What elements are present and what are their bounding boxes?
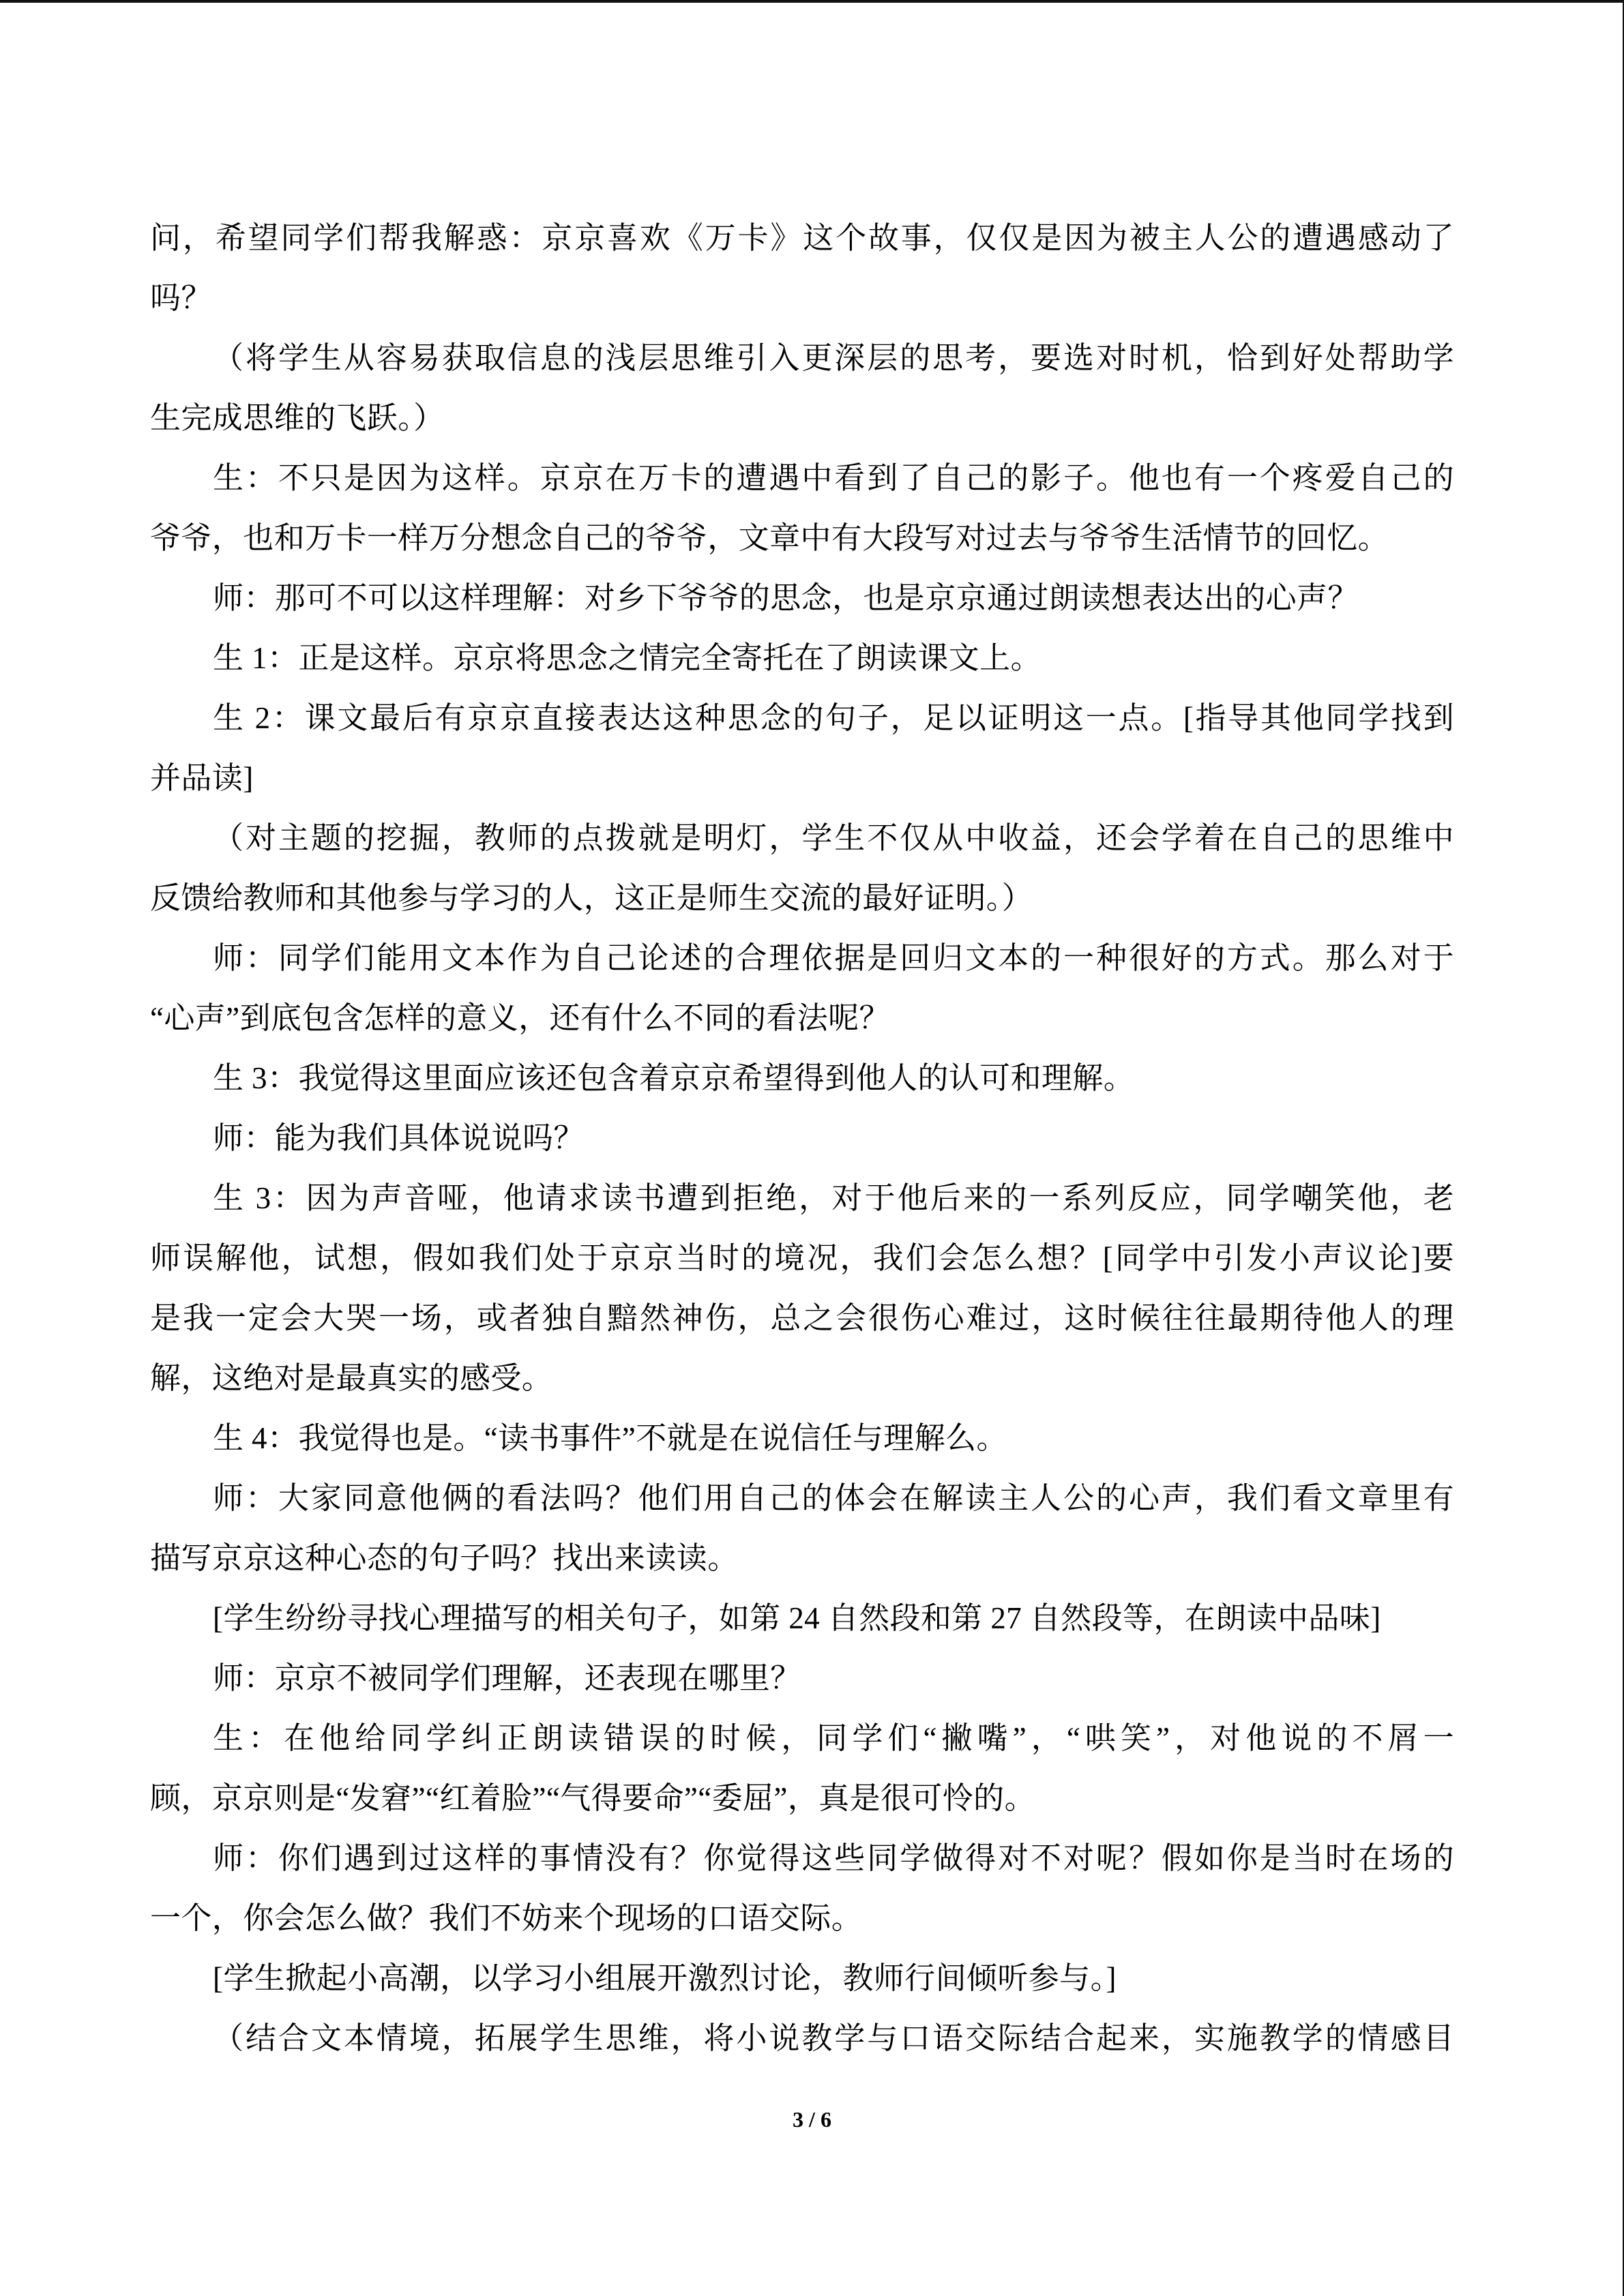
text-line: 生 4：我觉得也是。“读书事件”不就是在说信任与理解么。 xyxy=(150,1408,1454,1468)
text-line: （对主题的挖掘，教师的点拨就是明灯，学生不仅从中收益，还会学着在自己的思维中 xyxy=(150,808,1454,868)
text-line: 师：你们遇到过这样的事情没有？你觉得这些同学做得对不对呢？假如你是当时在场的 xyxy=(150,1828,1454,1888)
text-line: 师：那可不可以这样理解：对乡下爷爷的思念，也是京京通过朗读想表达出的心声？ xyxy=(150,568,1454,628)
text-line: 生：在他给同学纠正朗读错误的时候，同学们“撇嘴”，“哄笑”，对他说的不屑一 xyxy=(150,1708,1454,1768)
paragraph: 师：大家同意他俩的看法吗？他们用自己的体会在解读主人公的心声，我们看文章里有描写… xyxy=(150,1468,1454,1588)
text-line: 一个，你会怎么做？我们不妨来个现场的口语交际。 xyxy=(150,1888,1454,1948)
document-page: 问，希望同学们帮我解惑：京京喜欢《万卡》这个故事，仅仅是因为被主人公的遭遇感动了… xyxy=(0,0,1624,2296)
paragraph: 生 1：正是这样。京京将思念之情完全寄托在了朗读课文上。 xyxy=(150,628,1454,688)
text-line: [学生掀起小高潮，以学习小组展开激烈讨论，教师行间倾听参与。] xyxy=(150,1948,1454,2008)
text-line: 问，希望同学们帮我解惑：京京喜欢《万卡》这个故事，仅仅是因为被主人公的遭遇感动了 xyxy=(150,208,1454,268)
text-line: 师：同学们能用文本作为自己论述的合理依据是回归文本的一种很好的方式。那么对于 xyxy=(150,928,1454,988)
text-line: 生 3：我觉得这里面应该还包含着京京希望得到他人的认可和理解。 xyxy=(150,1048,1454,1108)
text-line: 生：不只是因为这样。京京在万卡的遭遇中看到了自己的影子。他也有一个疼爱自己的 xyxy=(150,448,1454,508)
paragraph: 生 4：我觉得也是。“读书事件”不就是在说信任与理解么。 xyxy=(150,1408,1454,1468)
text-line: 师：大家同意他俩的看法吗？他们用自己的体会在解读主人公的心声，我们看文章里有 xyxy=(150,1468,1454,1528)
text-line: 并品读] xyxy=(150,748,1454,808)
text-line: 师：京京不被同学们理解，还表现在哪里？ xyxy=(150,1648,1454,1708)
paragraph: （结合文本情境，拓展学生思维，将小说教学与口语交际结合起来，实施教学的情感目 xyxy=(150,2008,1454,2068)
text-line: （将学生从容易获取信息的浅层思维引入更深层的思考，要选对时机，恰到好处帮助学 xyxy=(150,328,1454,388)
paragraph: 生 3：因为声音哑，他请求读书遭到拒绝，对于他后来的一系列反应，同学嘲笑他，老师… xyxy=(150,1168,1454,1408)
paragraph: 生 3：我觉得这里面应该还包含着京京希望得到他人的认可和理解。 xyxy=(150,1048,1454,1108)
paragraph: 生：不只是因为这样。京京在万卡的遭遇中看到了自己的影子。他也有一个疼爱自己的爷爷… xyxy=(150,448,1454,568)
text-line: 顾，京京则是“发窘”“红着脸”“气得要命”“委屈”，真是很可怜的。 xyxy=(150,1768,1454,1828)
text-line: （结合文本情境，拓展学生思维，将小说教学与口语交际结合起来，实施教学的情感目 xyxy=(150,2008,1454,2068)
text-line: 爷爷，也和万卡一样万分想念自己的爷爷，文章中有大段写对过去与爷爷生活情节的回忆。 xyxy=(150,508,1454,568)
paragraph: 师：能为我们具体说说吗？ xyxy=(150,1108,1454,1168)
paragraph: 师：那可不可以这样理解：对乡下爷爷的思念，也是京京通过朗读想表达出的心声？ xyxy=(150,568,1454,628)
paragraph: （对主题的挖掘，教师的点拨就是明灯，学生不仅从中收益，还会学着在自己的思维中反馈… xyxy=(150,808,1454,928)
text-line: 生完成思维的飞跃。） xyxy=(150,388,1454,448)
text-line: 吗？ xyxy=(150,268,1454,328)
text-line: 生 1：正是这样。京京将思念之情完全寄托在了朗读课文上。 xyxy=(150,628,1454,688)
paragraph: 师：同学们能用文本作为自己论述的合理依据是回归文本的一种很好的方式。那么对于“心… xyxy=(150,928,1454,1048)
text-line: 师：能为我们具体说说吗？ xyxy=(150,1108,1454,1168)
paragraph: 师：你们遇到过这样的事情没有？你觉得这些同学做得对不对呢？假如你是当时在场的一个… xyxy=(150,1828,1454,1948)
paragraph: 师：京京不被同学们理解，还表现在哪里？ xyxy=(150,1648,1454,1708)
text-line: 是我一定会大哭一场，或者独自黯然神伤，总之会很伤心难过，这时候往往最期待他人的理 xyxy=(150,1288,1454,1348)
text-line: 师误解他，试想，假如我们处于京京当时的境况，我们会怎么想？[同学中引发小声议论]… xyxy=(150,1228,1454,1288)
text-line: 生 3：因为声音哑，他请求读书遭到拒绝，对于他后来的一系列反应，同学嘲笑他，老 xyxy=(150,1168,1454,1228)
document-body: 问，希望同学们帮我解惑：京京喜欢《万卡》这个故事，仅仅是因为被主人公的遭遇感动了… xyxy=(150,208,1454,2068)
paragraph: 生 2：课文最后有京京直接表达这种思念的句子，足以证明这一点。[指导其他同学找到… xyxy=(150,688,1454,808)
paragraph: [学生掀起小高潮，以学习小组展开激烈讨论，教师行间倾听参与。] xyxy=(150,1948,1454,2008)
paragraph: [学生纷纷寻找心理描写的相关句子，如第 24 自然段和第 27 自然段等，在朗读… xyxy=(150,1588,1454,1648)
text-line: [学生纷纷寻找心理描写的相关句子，如第 24 自然段和第 27 自然段等，在朗读… xyxy=(150,1588,1454,1648)
page-number: 3 / 6 xyxy=(0,2104,1624,2134)
text-line: 描写京京这种心态的句子吗？找出来读读。 xyxy=(150,1528,1454,1588)
text-line: 生 2：课文最后有京京直接表达这种思念的句子，足以证明这一点。[指导其他同学找到 xyxy=(150,688,1454,748)
paragraph: （将学生从容易获取信息的浅层思维引入更深层的思考，要选对时机，恰到好处帮助学生完… xyxy=(150,328,1454,448)
paragraph: 问，希望同学们帮我解惑：京京喜欢《万卡》这个故事，仅仅是因为被主人公的遭遇感动了… xyxy=(150,208,1454,328)
text-line: 解，这绝对是最真实的感受。 xyxy=(150,1348,1454,1408)
paragraph: 生：在他给同学纠正朗读错误的时候，同学们“撇嘴”，“哄笑”，对他说的不屑一顾，京… xyxy=(150,1708,1454,1828)
text-line: “心声”到底包含怎样的意义，还有什么不同的看法呢？ xyxy=(150,988,1454,1048)
text-line: 反馈给教师和其他参与学习的人，这正是师生交流的最好证明。） xyxy=(150,868,1454,928)
